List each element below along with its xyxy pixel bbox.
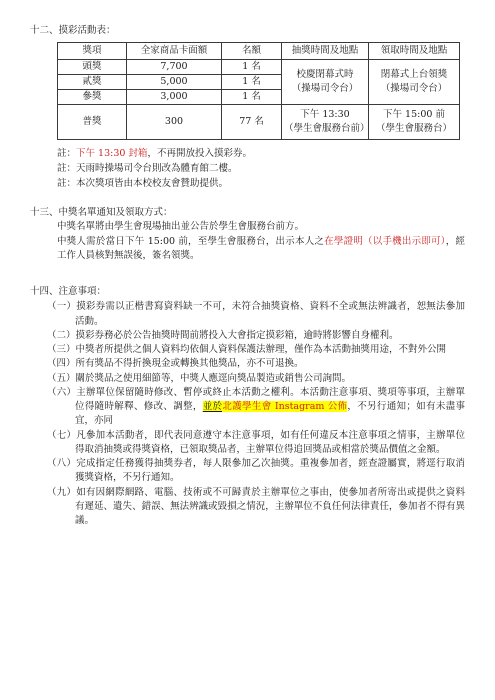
prize-value: 300	[127, 104, 222, 139]
col-header-draw: 抽獎時間及地點	[282, 43, 369, 60]
prize-name: 頭獎	[58, 60, 127, 75]
claim-text-pre: 中獎人需於當日下午 15:00 前，至學生會服務台，出示本人之	[57, 236, 324, 247]
claim-proof-red-text: 在學證明（以手機出示即可）	[324, 236, 446, 247]
prize-table-header-row: 獎項 全家商品卡面額 名額 抽獎時間及地點 領取時間及地點	[58, 43, 460, 60]
note-rest: ，不再開放投入摸彩券。	[147, 148, 252, 159]
prize-quota: 1 名	[222, 60, 282, 75]
item-text: 中獎者所提供之個人資料均依個人資料保護法辦理，僅作為本活動抽獎用途，不對外公開	[76, 344, 447, 355]
item-marker: （九）	[47, 487, 76, 498]
item-text: 摸彩券務必於公告抽獎時間前將投入大會指定摸彩箱，逾時將影響自身權利。	[76, 330, 399, 341]
item-text: 摸彩券需以正楷書寫資料缺一不可，未符合抽獎資格、資料不全或無法辨識者，恕無法參加…	[75, 301, 465, 326]
col-header-claim: 領取時間及地點	[369, 43, 460, 60]
draw-line2: （學生會服務台前）	[284, 122, 366, 136]
section-14-heading: 十四、注意事項：	[30, 285, 465, 299]
prize-table: 獎項 全家商品卡面額 名額 抽獎時間及地點 領取時間及地點 頭獎 7,700 1…	[57, 42, 460, 139]
table-row-common-prize: 普獎 300 77 名 下午 13:30 （學生會服務台前） 下午 15:00 …	[58, 104, 460, 139]
table-row-first-prize: 頭獎 7,700 1 名 校慶閉幕式時 （操場司令台） 閉幕式上台領獎 （操場司…	[58, 60, 460, 75]
item-marker: （七）	[47, 430, 76, 441]
prize-quota: 77 名	[222, 104, 282, 139]
notice-item-2: （二）摸彩券務必於公告抽獎時間前將投入大會指定摸彩箱，逾時將影響自身權利。	[47, 329, 465, 343]
notice-item-5: （五）關於獎品之使用細節等，中獎人應逕向獎品製造或銷售公司詢問。	[47, 372, 465, 386]
item-text: 凡參加本活動者，即代表同意遵守本注意事項，如有任何違反本注意事項之情事，主辦單位…	[75, 430, 465, 455]
col-header-prize: 獎項	[58, 43, 127, 60]
item-marker: （四）	[47, 358, 76, 369]
note-red-text: 下午 13:30 封箱	[76, 148, 147, 159]
section-13-heading: 十三、中獎名單通知及領取方式：	[30, 206, 465, 220]
document-page: 十二、摸彩活動表： 獎項 全家商品卡面額 名額 抽獎時間及地點 領取時間及地點 …	[0, 0, 495, 700]
winner-claim-paragraph: 中獎人需於當日下午 15:00 前，至學生會服務台，出示本人之在學證明（以手機出…	[57, 235, 465, 264]
notice-item-4: （四）所有獎品不得折換現金或轉換其他獎品，亦不可退換。	[47, 357, 465, 371]
notice-item-7: （七）凡參加本活動者，即代表同意遵守本注意事項，如有任何違反本注意事項之情事，主…	[47, 429, 465, 458]
claim-cell-merged: 閉幕式上台領獎 （操場司令台）	[369, 60, 460, 104]
draw-line1: 下午 13:30	[284, 108, 366, 122]
notice-item-1: （一）摸彩券需以正楷書寫資料缺一不可，未符合抽獎資格、資料不全或無法辨識者，恕無…	[47, 300, 465, 329]
note-rain-plan: 註：天雨時操場司令台則改為體育館二樓。	[57, 161, 465, 176]
claim-line2: （學生會服務台）	[371, 122, 457, 136]
notice-item-9: （九）如有因網際網路、電腦、技術或不可歸責於主辦單位之事由，使參加者所寄出或提供…	[47, 486, 465, 529]
note-sponsor: 註：本次獎項皆由本校校友會贊助提供。	[57, 176, 465, 191]
draw-cell-merged: 校慶閉幕式時 （操場司令台）	[282, 60, 369, 104]
notice-items: （一）摸彩券需以正楷書寫資料缺一不可，未符合抽獎資格、資料不全或無法辨識者，恕無…	[30, 300, 465, 528]
note-label: 註：	[57, 178, 76, 189]
item-marker: （六）	[47, 387, 76, 398]
prize-value: 3,000	[127, 89, 222, 104]
claim-line2: （操場司令台）	[371, 82, 457, 96]
item-text: 如有因網際網路、電腦、技術或不可歸責於主辦單位之事由，使參加者所寄出或提供之資料…	[75, 487, 465, 527]
note-label: 註：	[57, 148, 76, 159]
claim-line1: 下午 15:00 前	[371, 108, 457, 122]
table-notes: 註：下午 13:30 封箱，不再開放投入摸彩券。 註：天雨時操場司令台則改為體育…	[57, 146, 465, 192]
col-header-value: 全家商品卡面額	[127, 43, 222, 60]
item-marker: （一）	[47, 301, 76, 312]
prize-quota: 1 名	[222, 89, 282, 104]
notice-item-6: （六）主辦單位保留隨時修改、暫停或終止本活動之權利。本活動注意事項、獎項等事項，…	[47, 386, 465, 429]
item-marker: （三）	[47, 344, 76, 355]
claim-line1: 閉幕式上台領獎	[371, 68, 457, 82]
prize-name: 參獎	[58, 89, 127, 104]
prize-name: 普獎	[58, 104, 127, 139]
section-12-heading: 十二、摸彩活動表：	[30, 24, 465, 38]
item-marker: （八）	[47, 458, 76, 469]
draw-line1: 校慶閉幕式時	[284, 68, 366, 82]
highlighted-text-black: 並於	[203, 401, 223, 412]
prize-value: 7,700	[127, 60, 222, 75]
note-rest: 天雨時操場司令台則改為體育館二樓。	[76, 163, 238, 174]
draw-cell-common: 下午 13:30 （學生會服務台前）	[282, 104, 369, 139]
highlighted-instagram-text: 北護學生會 Instagram 公佈	[222, 401, 347, 412]
draw-line2: （操場司令台）	[284, 82, 366, 96]
prize-value: 5,000	[127, 75, 222, 90]
col-header-quota: 名額	[222, 43, 282, 60]
claim-cell-common: 下午 15:00 前 （學生會服務台）	[369, 104, 460, 139]
winner-announce-paragraph: 中獎名單將由學生會現場抽出並公告於學生會服務台前方。	[57, 220, 465, 234]
item-marker: （二）	[47, 330, 76, 341]
item-text: 完成指定任務獲得抽獎券者，每人限參加乙次抽獎。重複參加者，經查證屬實，將逕行取消…	[75, 458, 465, 483]
item-text: 所有獎品不得折換現金或轉換其他獎品，亦不可退換。	[76, 358, 304, 369]
notice-item-8: （八）完成指定任務獲得抽獎券者，每人限參加乙次抽獎。重複參加者，經查證屬實，將逕…	[47, 457, 465, 486]
prize-name: 貳獎	[58, 75, 127, 90]
item-marker: （五）	[47, 373, 76, 384]
note-seal-box: 註：下午 13:30 封箱，不再開放投入摸彩券。	[57, 146, 465, 161]
prize-quota: 1 名	[222, 75, 282, 90]
note-rest: 本次獎項皆由本校校友會贊助提供。	[76, 178, 228, 189]
notice-item-3: （三）中獎者所提供之個人資料均依個人資料保護法辦理，僅作為本活動抽獎用途，不對外…	[47, 343, 465, 357]
note-label: 註：	[57, 163, 76, 174]
item-text: 關於獎品之使用細節等，中獎人應逕向獎品製造或銷售公司詢問。	[76, 373, 352, 384]
